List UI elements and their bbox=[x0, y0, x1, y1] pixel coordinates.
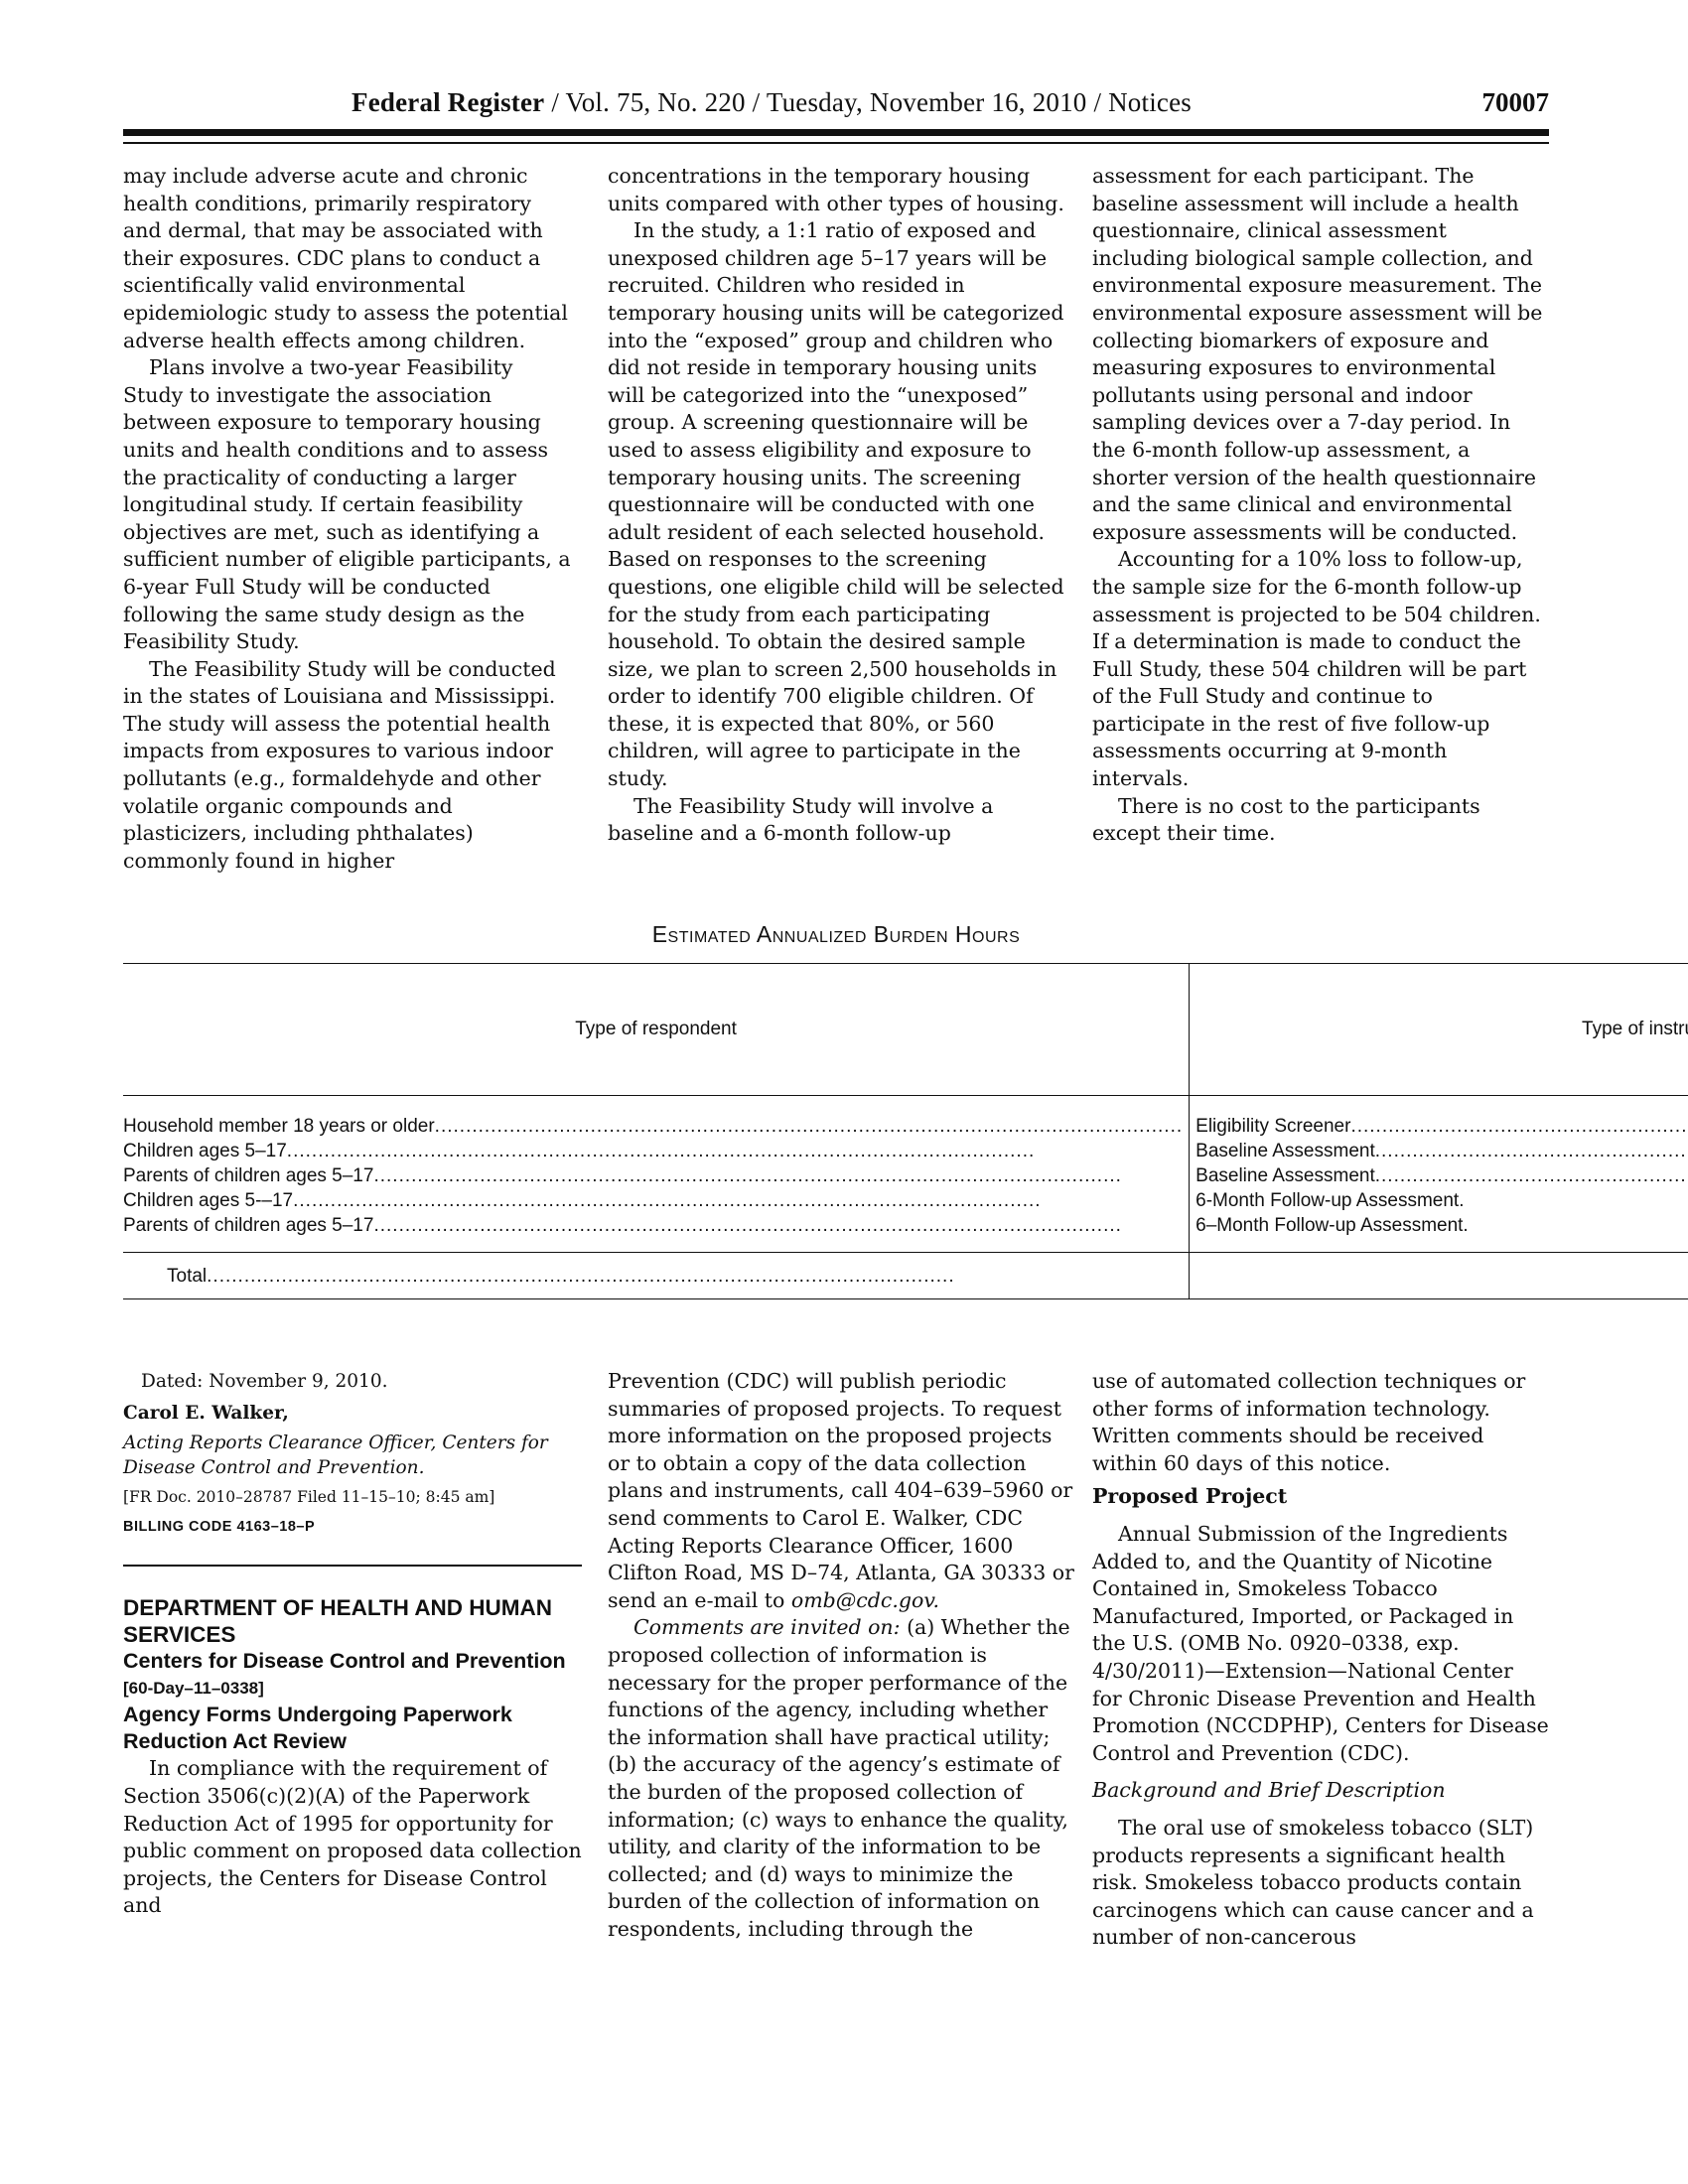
instrument-type: Baseline Assessment bbox=[1196, 1163, 1375, 1188]
agency-heading: Centers for Disease Control and Preventi… bbox=[123, 1648, 582, 1675]
column-2-lower: Prevention (CDC) will publish periodic s… bbox=[608, 1368, 1074, 1943]
column-2-upper: concentrations in the temporary housing … bbox=[608, 163, 1074, 848]
paragraph: In the study, a 1:1 ratio of exposed and… bbox=[608, 217, 1074, 792]
paragraph: The oral use of smokeless tobacco (SLT) … bbox=[1092, 1815, 1549, 1952]
paragraph: In compliance with the requirement of Se… bbox=[123, 1755, 582, 1920]
column-header: Type of respondent bbox=[123, 964, 1190, 1096]
table-row: Parents of children ages 5–17 Baseline A… bbox=[123, 1163, 1688, 1188]
column-1-lower: Dated: November 9, 2010. Carol E. Walker… bbox=[123, 1368, 582, 1920]
paragraph: There is no cost to the participants exc… bbox=[1092, 793, 1549, 848]
instrument-type: Baseline Assessment bbox=[1196, 1139, 1375, 1163]
burden-table: Type of respondent Type of instrument Nu… bbox=[123, 963, 1688, 1299]
paragraph: may include adverse acute and chronic he… bbox=[123, 163, 575, 354]
table-row: Parents of children ages 5–17 6–Month Fo… bbox=[123, 1213, 1688, 1253]
email-link[interactable]: omb@cdc.gov. bbox=[791, 1588, 939, 1612]
paragraph: Annual Submission of the Ingredients Add… bbox=[1092, 1521, 1549, 1767]
header-rule-thick bbox=[123, 129, 1549, 136]
contact-text: Prevention (CDC) will publish periodic s… bbox=[608, 1369, 1074, 1612]
comments-text: (a) Whether the proposed collection of i… bbox=[608, 1615, 1070, 1941]
paragraph: The Feasibility Study will involve a bas… bbox=[608, 793, 1074, 848]
table-total-row: Total 3,007 bbox=[123, 1253, 1688, 1299]
column-header: Type of instrument bbox=[1190, 964, 1688, 1096]
running-header: Federal Register / Vol. 75, No. 220 / Tu… bbox=[123, 87, 1549, 121]
table-row: Household member 18 years or older Eligi… bbox=[123, 1096, 1688, 1140]
page-number: 70007 bbox=[1482, 87, 1550, 118]
fr-doc-line: [FR Doc. 2010–28787 Filed 11–15–10; 8:45… bbox=[123, 1484, 582, 1512]
respondent-type: Parents of children ages 5–17 bbox=[123, 1213, 373, 1238]
department-heading: DEPARTMENT OF HEALTH AND HUMAN SERVICES bbox=[123, 1594, 582, 1648]
comments-lead: Comments are invited on: bbox=[633, 1615, 901, 1639]
notice-title: Agency Forms Undergoing Paperwork Reduct… bbox=[123, 1702, 582, 1755]
header-rule-thin bbox=[123, 142, 1549, 144]
column-3-upper: assessment for each participant. The bas… bbox=[1092, 163, 1549, 848]
total-label: Total bbox=[167, 1264, 207, 1289]
dated-line: Dated: November 9, 2010. bbox=[123, 1368, 582, 1396]
column-1-upper: may include adverse acute and chronic he… bbox=[123, 163, 575, 875]
paragraph: Prevention (CDC) will publish periodic s… bbox=[608, 1368, 1074, 1614]
instrument-type: 6-Month Follow-up Assessment. bbox=[1190, 1188, 1688, 1213]
paragraph: Comments are invited on: (a) Whether the… bbox=[608, 1614, 1074, 1943]
signer-name: Carol E. Walker, bbox=[123, 1400, 582, 1428]
section-divider bbox=[123, 1565, 582, 1567]
instrument-type: Eligibility Screener bbox=[1196, 1114, 1350, 1139]
docket-number: [60-Day–11–0338] bbox=[123, 1675, 582, 1703]
table-row: Children ages 5-–17 6-Month Follow-up As… bbox=[123, 1188, 1688, 1213]
respondent-type: Household member 18 years or older bbox=[123, 1114, 435, 1139]
paragraph: The Feasibility Study will be conducted … bbox=[123, 656, 575, 876]
table-row: Children ages 5–17 Baseline Assessment 5… bbox=[123, 1139, 1688, 1163]
header-title: Federal Register / Vol. 75, No. 220 / Tu… bbox=[352, 87, 1192, 118]
respondent-type: Parents of children ages 5–17 bbox=[123, 1163, 373, 1188]
billing-code: BILLING CODE 4163–18–P bbox=[123, 1514, 582, 1542]
column-3-lower: use of automated collection techniques o… bbox=[1092, 1368, 1549, 1952]
respondent-type: Children ages 5–17 bbox=[123, 1139, 287, 1163]
respondent-type: Children ages 5-–17 bbox=[123, 1188, 293, 1213]
table-caption: Estimated Annualized Burden Hours bbox=[123, 921, 1549, 948]
publication-name: Federal Register bbox=[352, 87, 544, 117]
proposed-project-heading: Proposed Project bbox=[1092, 1483, 1549, 1511]
paragraph: assessment for each participant. The bas… bbox=[1092, 163, 1549, 546]
table-header-row: Type of respondent Type of instrument Nu… bbox=[123, 964, 1688, 1096]
background-heading: Background and Brief Description bbox=[1092, 1777, 1549, 1805]
paragraph: concentrations in the temporary housing … bbox=[608, 163, 1074, 217]
paragraph: use of automated collection techniques o… bbox=[1092, 1368, 1549, 1477]
paragraph: Plans involve a two-year Feasibility Stu… bbox=[123, 354, 575, 656]
paragraph: Accounting for a 10% loss to follow-up, … bbox=[1092, 546, 1549, 792]
issue-details: / Vol. 75, No. 220 / Tuesday, November 1… bbox=[544, 87, 1192, 117]
signer-title: Acting Reports Clearance Officer, Center… bbox=[123, 1431, 582, 1480]
instrument-type: 6–Month Follow-up Assessment. bbox=[1190, 1213, 1688, 1253]
